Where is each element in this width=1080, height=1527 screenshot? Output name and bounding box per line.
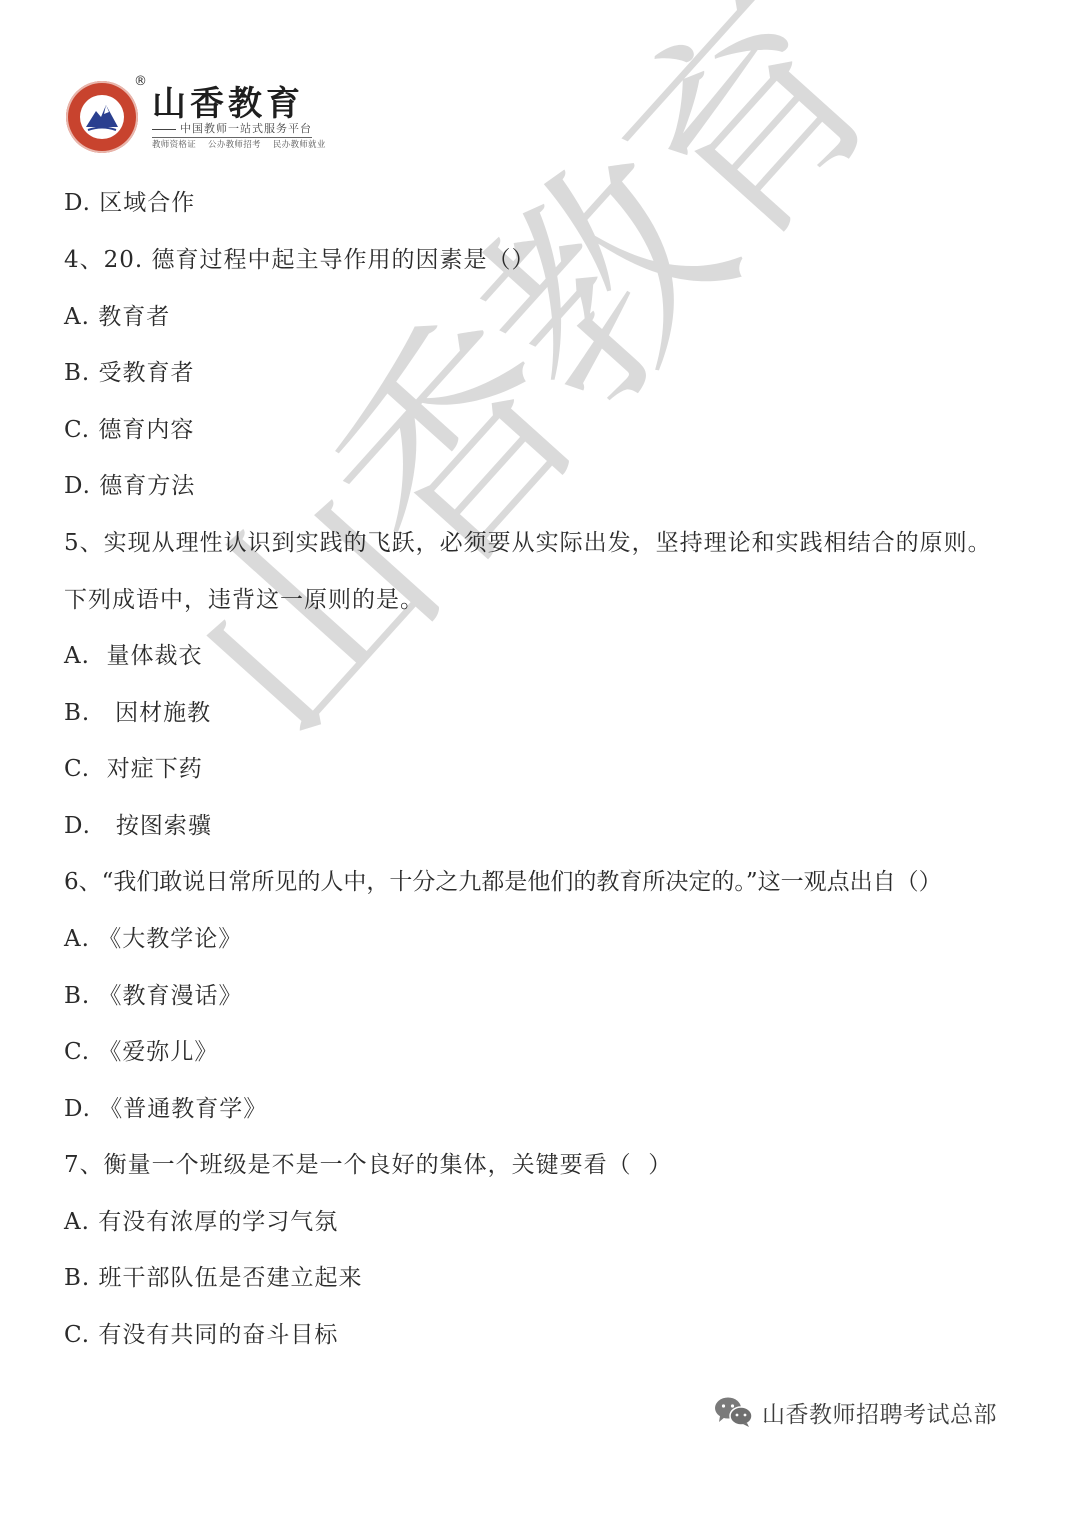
service-item: 教师资格证 bbox=[152, 140, 196, 150]
option-line: C. 《爱弥儿》 bbox=[64, 1037, 218, 1067]
question-line: 6、“我们敢说日常所见的人中，十分之九都是他们的教育所决定的。”这一观点出自（） bbox=[64, 867, 942, 897]
option-line: D. 区域合作 bbox=[64, 188, 195, 218]
wechat-icon bbox=[714, 1396, 754, 1428]
brand-services: 教师资格证 公办教师招考 民办教师就业 bbox=[152, 138, 335, 150]
option-line: B. 班干部队伍是否建立起来 bbox=[64, 1263, 363, 1293]
registered-mark: ® bbox=[134, 74, 147, 89]
brand-tagline: 中国教师一站式服务平台 bbox=[152, 120, 312, 138]
option-line: C. 有没有共同的奋斗目标 bbox=[64, 1320, 338, 1350]
option-line: D. 《普通教育学》 bbox=[64, 1094, 267, 1124]
question-line: 4、20. 德育过程中起主导作用的因素是（） bbox=[64, 245, 536, 275]
tagline-text: 中国教师一站式服务平台 bbox=[180, 122, 312, 135]
option-line: A. 教育者 bbox=[64, 302, 170, 332]
option-line: C. 德育内容 bbox=[64, 415, 194, 445]
footer-account-name: 山香教师招聘考试总部 bbox=[762, 1396, 997, 1429]
brand-badge-icon bbox=[66, 81, 138, 153]
document-page: 山香教育 ® 山香教育 中国教师一站式服务平台 教师资格证 公办教师招考 民办教… bbox=[0, 0, 1080, 1527]
brand-name: 山香教育 bbox=[152, 76, 304, 125]
option-line: A. 《大教学论》 bbox=[64, 924, 242, 954]
option-line: B. 《教育漫话》 bbox=[64, 981, 243, 1011]
service-item: 公办教师招考 bbox=[208, 140, 261, 150]
option-line: D. 德育方法 bbox=[64, 471, 195, 501]
brand-logo: ® 山香教育 中国教师一站式服务平台 教师资格证 公办教师招考 民办教师就业 bbox=[64, 76, 364, 156]
question-line: 7、衡量一个班级是不是一个良好的集体，关键要看（ ） bbox=[64, 1150, 672, 1180]
option-line: A. 量体裁衣 bbox=[64, 641, 203, 671]
question-line: 下列成语中，违背这一原则的是。 bbox=[64, 585, 424, 615]
option-line: B. 受教育者 bbox=[64, 358, 195, 388]
footer-account: 山香教师招聘考试总部 bbox=[714, 1395, 997, 1429]
option-line: D. 按图索骥 bbox=[64, 811, 212, 841]
mountain-icon bbox=[80, 95, 124, 139]
option-line: A. 有没有浓厚的学习气氛 bbox=[64, 1207, 338, 1237]
service-item: 民办教师就业 bbox=[273, 140, 326, 150]
option-line: B. 因材施教 bbox=[64, 698, 211, 728]
option-line: C. 对症下药 bbox=[64, 754, 203, 784]
question-line: 5、实现从理性认识到实践的飞跃，必须要从实际出发，坚持理论和实践相结合的原则。 bbox=[64, 528, 992, 558]
